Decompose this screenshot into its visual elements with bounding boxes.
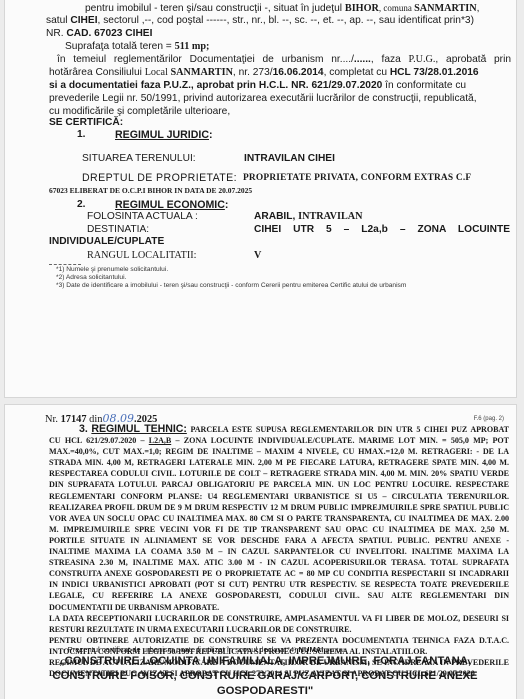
technical-line: STREASINA 2.30 M, INALTIME MAX. ATIC 3.0…: [49, 557, 509, 568]
footnote-1: *1) Numele şi prenumele solicitantului.: [56, 266, 168, 274]
technical-line: DIN SUPRAFATA LOTULUI. PARCAJ OBLIGATORI…: [49, 479, 509, 490]
cadastral-number-line: NR. CAD. 67023 CIHEI: [46, 28, 152, 40]
se-certifica-heading: SE CERTIFICĂ:: [49, 117, 123, 129]
declared-purpose: „CONSTRUIRE LOCUINTA UNIFAMILIALA, IMPRE…: [45, 654, 485, 699]
footnote-2: *2) Adresa solicitantului.: [56, 274, 126, 282]
document-page-1: pentru imobilul - teren şi/sau construcţ…: [4, 0, 517, 398]
section-2-title: REGIMUL ECONOMIC:: [115, 199, 228, 211]
footnote-separator: [49, 264, 81, 265]
total-surface-value: 511 mp;: [175, 41, 210, 52]
purpose-line: GOSPODARESTI": [45, 684, 485, 699]
land-situation-label: SITUAREA TERENULUI:: [82, 153, 196, 165]
current-use-label: FOLOSINTA ACTUALA :: [87, 211, 198, 223]
ownership-value: PROPRIETATE PRIVATA, CONFORM EXTRAS C.F: [243, 172, 471, 184]
total-surface-line: Suprafaţa totală teren = 511 mp;: [65, 41, 209, 53]
document-page-2: Nr. 17147 din08.09.2025 F.6 (pag. 2) 3. …: [4, 404, 517, 699]
technical-line: REGLEMENTARI CONFORM PLANSE: U4 REGLEMEN…: [49, 491, 509, 502]
cadastral-number: CAD. 67023 CIHEI: [66, 28, 152, 39]
footnote-3: *3) Date de identificare a imobilului - …: [56, 282, 406, 290]
ownership-label: DREPTUL DE PROPRIETATE:: [82, 172, 237, 184]
technical-line: REALIZAREA PROFIL DRUM DE 9 M DRUM RESPE…: [49, 502, 509, 513]
technical-line: M. IMPREJMUIRILE SPRE VECINI VOR FI DE T…: [49, 524, 509, 535]
technical-line: MAX.=40,0%, CUT MAX.=1,0; REGIM DE INALT…: [49, 446, 509, 457]
county-value: BIHOR: [345, 3, 379, 14]
section-3-title: REGIMUL TEHNIC:: [91, 423, 186, 435]
section-1-title: REGIMUL JURIDIC:: [115, 129, 213, 141]
section-1-number: 1.: [77, 129, 86, 141]
section-2-number: 2.: [77, 199, 86, 211]
current-use-value: ARABIL, INTRAVILAN: [254, 211, 363, 223]
legal-basis-line-1: în temeiul reglementărilor Documentaţiei…: [57, 54, 511, 66]
technical-line: PORTILE SITUATE IN ALINIAMENT SE VOR DES…: [49, 535, 509, 546]
purpose-line: CONSTRUIRE FOISOR, CONSTRUIRE GARAJ/CARP…: [45, 669, 485, 684]
locality-rank-label: RANGUL LOCALITATII:: [87, 250, 196, 262]
land-situation-value: INTRAVILAN CIHEI: [244, 153, 335, 165]
technical-line: RESTURI REZULTATE IN URMA EXECUTARII LUC…: [49, 624, 509, 635]
technical-line: LA DATA RECEPTIONARII LUCRARILOR DE CONS…: [49, 613, 509, 624]
technical-line: LEGALE, CU REFERIRE LA ANEXE GOSPODAREST…: [49, 590, 509, 601]
technical-line: INALTIME MAXIMA LA COAMA 3.50 M – IN CAZ…: [49, 546, 509, 557]
technical-line: DOCUMENTATII DE URBANISM APROBATE.: [49, 602, 509, 613]
form-code: F.6 (pag. 2): [474, 416, 504, 422]
technical-regime-heading-line: 3. REGIMUL TEHNIC: PARCELA ESTE SUPUSA R…: [49, 424, 509, 435]
commune-value: SANMARTIN: [414, 3, 476, 14]
legal-basis-line-3: si a documentatiei faza P.U.Z., aprobat …: [49, 80, 466, 92]
legal-basis-line-2: hotărârea Consiliului Local SANMARTIN, n…: [49, 67, 479, 79]
technical-line: STRADA MIN. 4,00 M, RETRAGERI LATERALE M…: [49, 457, 509, 468]
technical-regime-block: 3. REGIMUL TEHNIC: PARCELA ESTE SUPUSA R…: [49, 424, 509, 679]
property-address-line: satul CIHEI, sectorul ,--, cod poştal --…: [46, 15, 474, 27]
purpose-line: „CONSTRUIRE LOCUINTA UNIFAMILIALA, IMPRE…: [45, 654, 485, 669]
destination-value: CIHEI UTR 5 – L2a,b – ZONA LOCUINTE: [254, 224, 510, 236]
technical-line: RESPECTAREA CODULUI CIVIL. LOTURILE DE C…: [49, 468, 509, 479]
property-location-line: pentru imobilul - teren şi/sau construcţ…: [85, 2, 479, 15]
destination-value-continued: INDIVIDUALE/CUPLATE: [49, 236, 164, 248]
destination-label: DESTINATIA:: [87, 224, 149, 236]
locality-rank-value: V: [254, 250, 261, 262]
legal-basis-line-4: prevederile Legii nr. 50/1991, privind a…: [49, 93, 477, 105]
technical-line: CONSTRUITA ANEXE GOSPODARESTI PE O PROPR…: [49, 568, 509, 579]
zone-code: L2A,B: [149, 436, 171, 445]
ownership-value-continued: 67023 ELIBERAT DE O.C.P.I BIHOR IN DATA …: [49, 185, 252, 197]
village-value: CIHEI: [70, 15, 97, 26]
technical-line: VOR AVEA UN SOCLU OPAC CU INALTIMEA MAX.…: [49, 513, 509, 524]
technical-line: IN INDICI URBANISTICI APROBATI (POT SI C…: [49, 579, 509, 590]
